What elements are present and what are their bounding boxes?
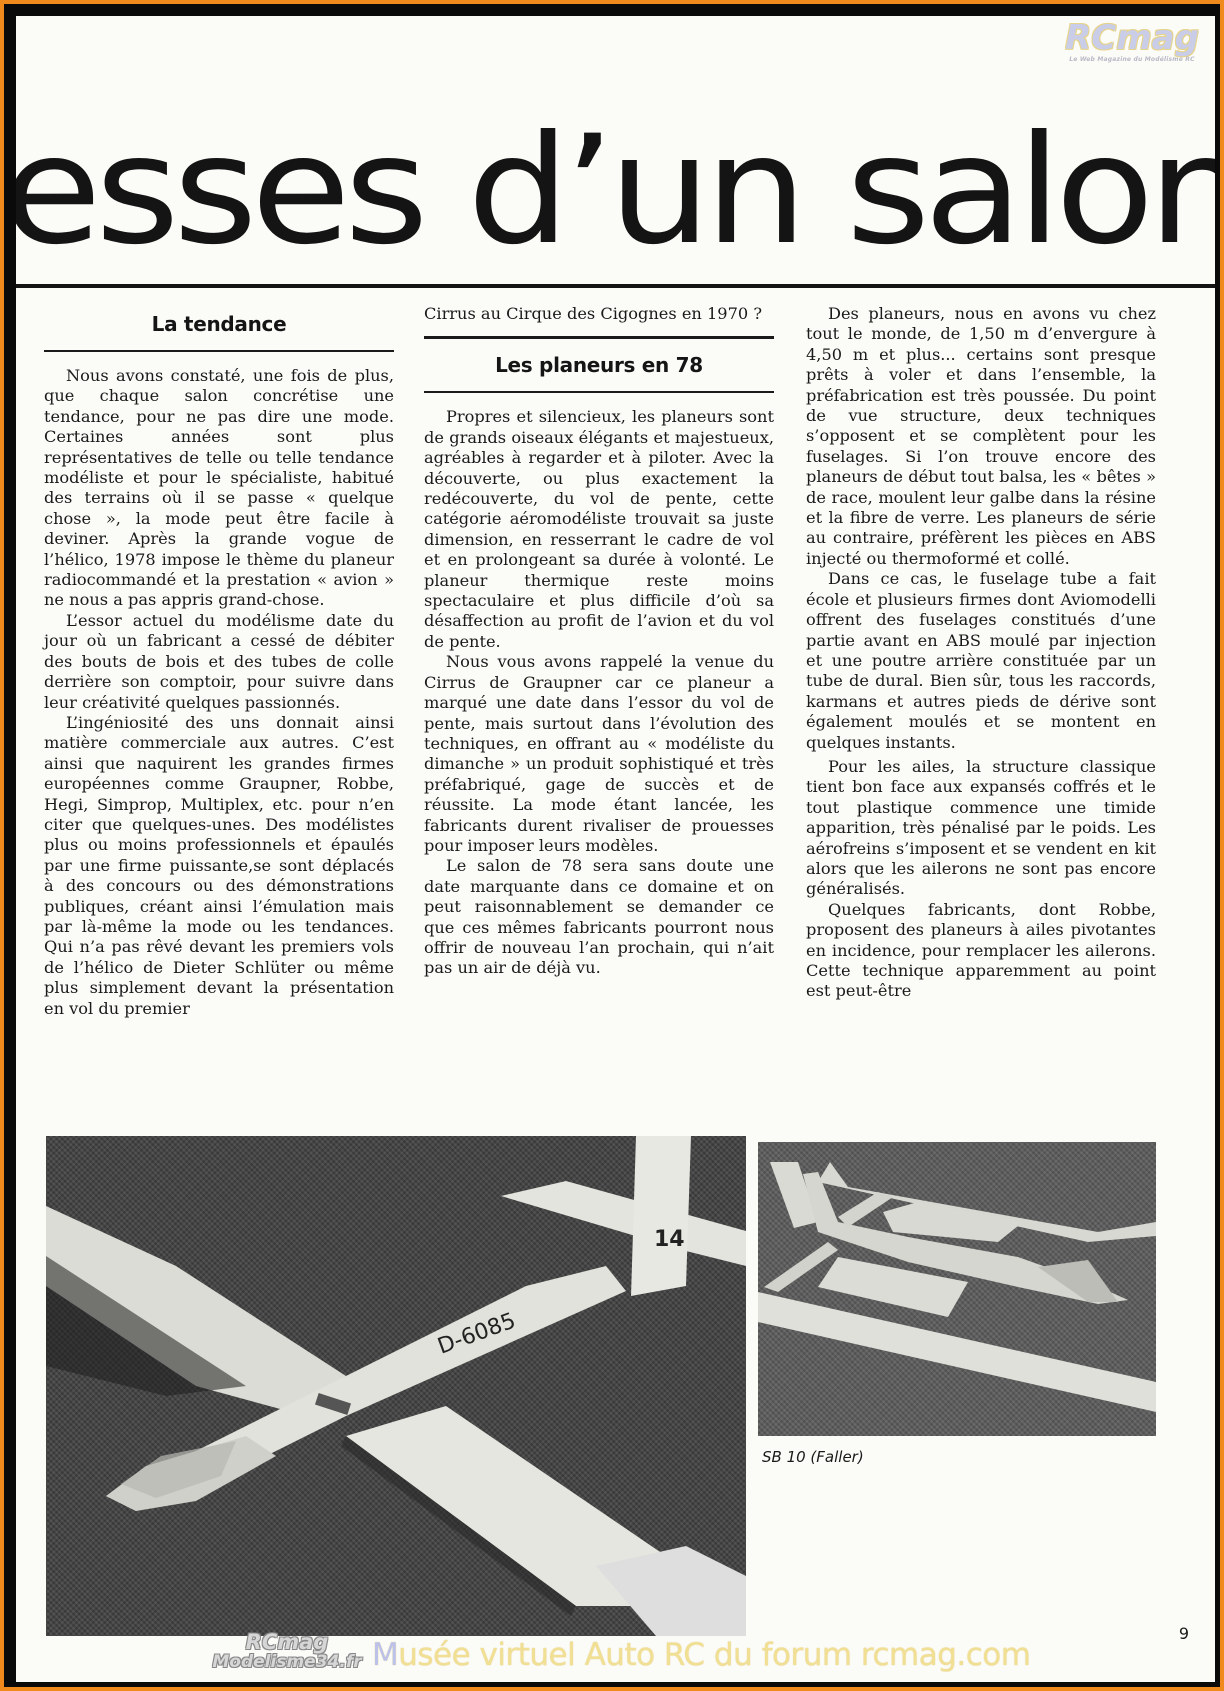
magazine-page: esses d’un salon RCmag Le Web Magazine d… xyxy=(16,16,1215,1682)
watermark-text: Musée virtuel Auto RC du forum rcmag.com xyxy=(372,1636,1030,1674)
watermark-logo-line2: Modelisme34.fr xyxy=(212,1652,362,1672)
heading-rule xyxy=(44,350,394,352)
watermark-logo: RCmag Modelisme34.fr xyxy=(212,1632,362,1672)
kit-parts-photo xyxy=(758,1142,1156,1436)
kit-parts-illustration xyxy=(758,1142,1156,1436)
svg-text:14: 14 xyxy=(654,1227,685,1252)
paragraph: Nous avons constaté, une fois de plus, q… xyxy=(44,366,394,611)
glider-photo: D-6085 14 xyxy=(46,1136,746,1636)
paragraph: Nous vous avons rappelé la venue du Cirr… xyxy=(424,652,774,856)
watermark-logo-line1: RCmag xyxy=(212,1632,362,1652)
photo-caption: SB 10 (Faller) xyxy=(762,1448,864,1466)
paragraph: Quelques fabricants, dont Robbe, propose… xyxy=(806,900,1156,1002)
title-divider xyxy=(16,284,1215,288)
section-heading-la-tendance: La tendance xyxy=(44,304,394,350)
glider-illustration: D-6085 14 xyxy=(46,1136,746,1636)
section-heading-les-planeurs-en-78: Les planeurs en 78 xyxy=(424,339,774,391)
paragraph: Des planeurs, nous en avons vu chez tout… xyxy=(806,304,1156,569)
paragraph: L’ingéniosité des uns donnait ainsi mati… xyxy=(44,713,394,1019)
rcmag-logo-brand: RCmag xyxy=(1057,20,1207,56)
watermark-text-initial: M xyxy=(372,1637,398,1673)
paragraph: Pour les ailes, la structure classique t… xyxy=(806,757,1156,900)
article-column-2: Cirrus au Cirque des Cigognes en 1970 ? … xyxy=(424,304,774,979)
rcmag-logo-tagline: Le Web Magazine du Modélisme RC xyxy=(1057,56,1207,63)
paragraph: Dans ce cas, le fuselage tube a fait éco… xyxy=(806,569,1156,753)
page-frame-border: esses d’un salon RCmag Le Web Magazine d… xyxy=(4,4,1220,1687)
paragraph: L’essor actuel du modélisme date du jour… xyxy=(44,611,394,713)
paragraph: Le salon de 78 sera sans doute une date … xyxy=(424,856,774,978)
rcmag-logo: RCmag Le Web Magazine du Modélisme RC xyxy=(1057,20,1207,70)
watermark-text-rest: usée virtuel Auto RC du forum rcmag.com xyxy=(398,1637,1030,1673)
article-column-3: Des planeurs, nous en avons vu chez tout… xyxy=(806,304,1156,1002)
paragraph-continuation: Cirrus au Cirque des Cigognes en 1970 ? xyxy=(424,304,774,324)
page-number: 9 xyxy=(1179,1624,1189,1643)
article-title: esses d’un salon xyxy=(16,116,1215,266)
article-column-1: La tendance Nous avons constaté, une foi… xyxy=(44,304,394,1019)
paragraph: Propres et silencieux, les planeurs sont… xyxy=(424,407,774,652)
heading-rule xyxy=(424,391,774,393)
